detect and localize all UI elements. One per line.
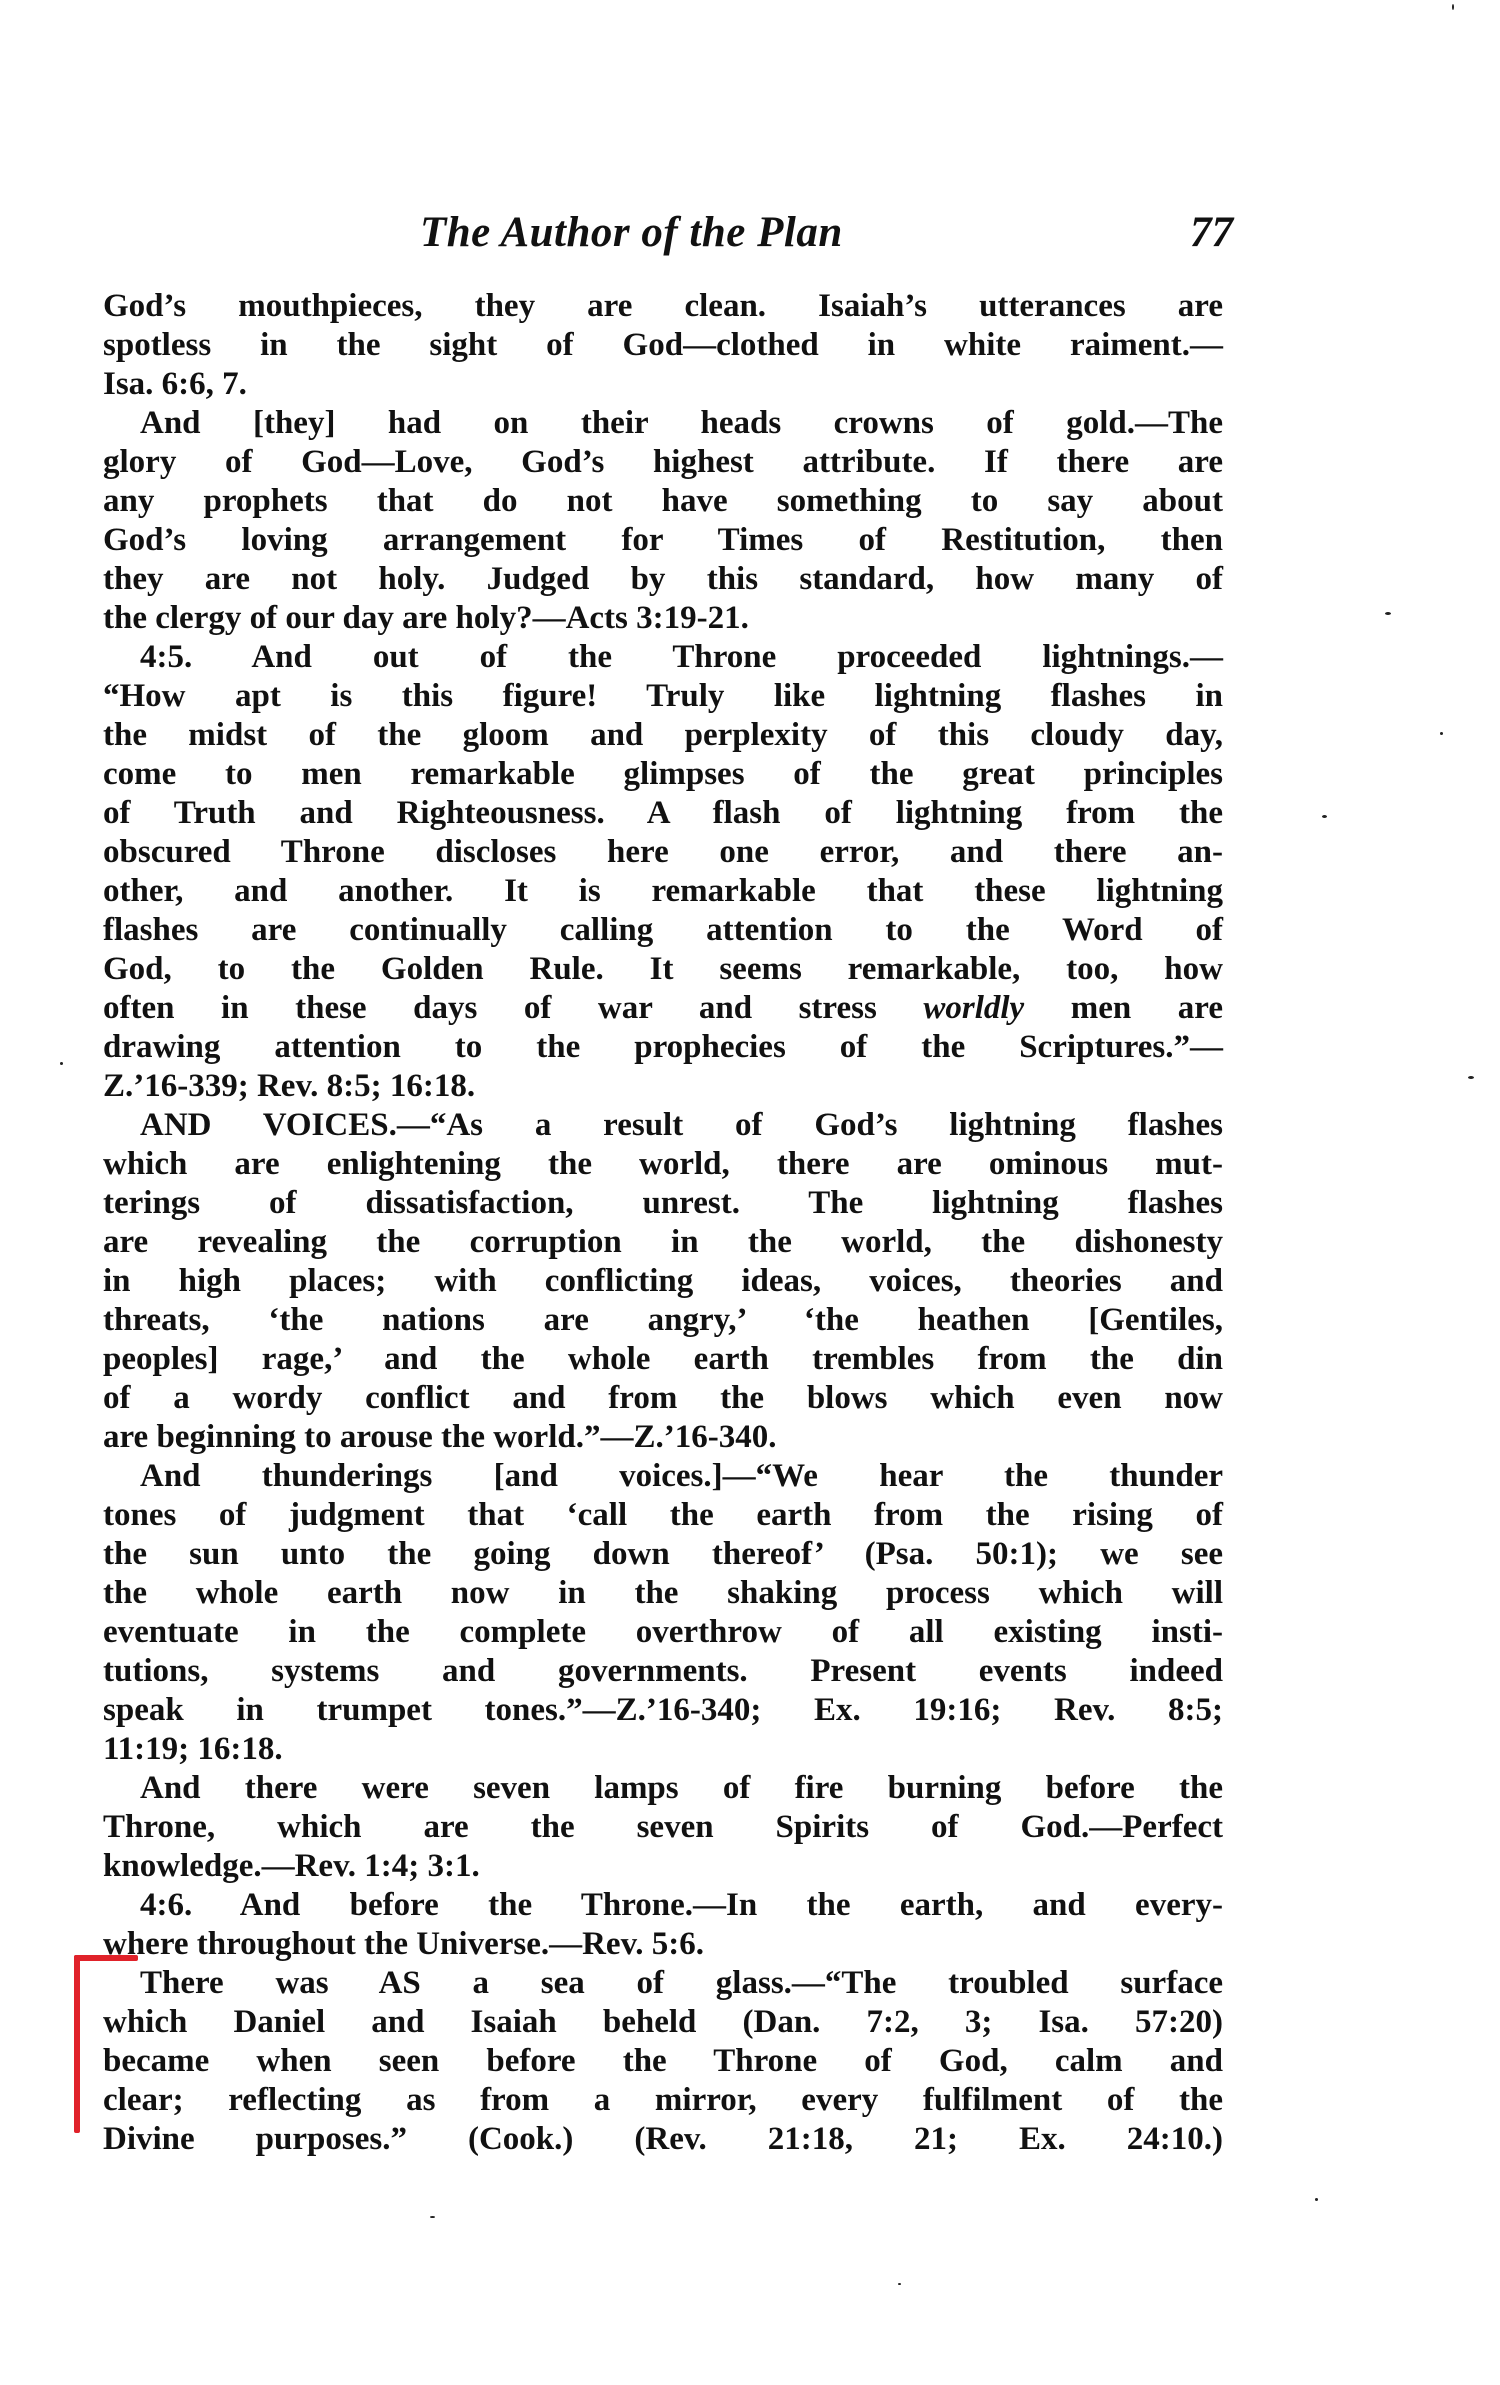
text-line: in high places; with conflicting ideas, … [103, 1262, 1223, 1301]
text-line: became when seen before the Throne of Go… [103, 2042, 1223, 2081]
text-line: God’s loving arrangement for Times of Re… [103, 521, 1223, 560]
text-line: where throughout the Universe.—Rev. 5:6. [103, 1925, 1223, 1964]
text-line: glory of God—Love, God’s highest attribu… [103, 443, 1223, 482]
text-line: And [they] had on their heads crowns of … [103, 404, 1223, 443]
text-line: flashes are continually calling attentio… [103, 911, 1223, 950]
text-line: “How apt is this figure! Truly like ligh… [103, 677, 1223, 716]
text-line: And there were seven lamps of fire burni… [103, 1769, 1223, 1808]
scan-speck [1315, 2198, 1318, 2201]
text-line: are revealing the corruption in the worl… [103, 1223, 1223, 1262]
text-line: 4:5. And out of the Throne proceeded lig… [103, 638, 1223, 677]
text-line: God, to the Golden Rule. It seems remark… [103, 950, 1223, 989]
text-line: of Truth and Righteousness. A flash of l… [103, 794, 1223, 833]
scan-speck [1385, 612, 1391, 615]
text-line: threats, ‘the nations are angry,’ ‘the h… [103, 1301, 1223, 1340]
text-line: tutions, systems and governments. Presen… [103, 1652, 1223, 1691]
text-line: which are enlightening the world, there … [103, 1145, 1223, 1184]
text-line: Isa. 6:6, 7. [103, 365, 1223, 404]
text-line: clear; reflecting as from a mirror, ever… [103, 2081, 1223, 2120]
italic-emphasis: worldly [923, 990, 1024, 1026]
text-line: Divine purposes.” (Cook.) (Rev. 21:18, 2… [103, 2120, 1223, 2159]
text-line: AND VOICES.—“As a result of God’s lightn… [103, 1106, 1223, 1145]
body-text: God’s mouthpieces, they are clean. Isaia… [103, 287, 1223, 2159]
scan-speck [898, 2283, 901, 2285]
text-line: God’s mouthpieces, they are clean. Isaia… [103, 287, 1223, 326]
running-title: The Author of the Plan [420, 208, 843, 257]
text-line: tones of judgment that ‘call the earth f… [103, 1496, 1223, 1535]
text-line: which Daniel and Isaiah beheld (Dan. 7:2… [103, 2003, 1223, 2042]
scan-speck [1440, 732, 1443, 735]
red-margin-bracket-vertical [74, 1955, 80, 2133]
text-line: are beginning to arouse the world.”—Z.’1… [103, 1418, 1223, 1457]
text-line: other, and another. It is remarkable tha… [103, 872, 1223, 911]
text-line: eventuate in the complete overthrow of a… [103, 1613, 1223, 1652]
text-line: And thunderings [and voices.]—“We hear t… [103, 1457, 1223, 1496]
text-segment: often in these days of war and stress [103, 990, 923, 1026]
text-line: obscured Throne discloses here one error… [103, 833, 1223, 872]
text-line: speak in trumpet tones.”—Z.’16-340; Ex. … [103, 1691, 1223, 1730]
text-line: the sun unto the going down thereof’ (Ps… [103, 1535, 1223, 1574]
text-line: Z.’16-339; Rev. 8:5; 16:18. [103, 1067, 1223, 1106]
text-line: peoples] rage,’ and the whole earth trem… [103, 1340, 1223, 1379]
text-line: of a wordy conflict and from the blows w… [103, 1379, 1223, 1418]
text-line: There was AS a sea of glass.—“The troubl… [103, 1964, 1223, 2003]
running-head: The Author of the Plan 77 [0, 208, 1500, 268]
text-line: any prophets that do not have something … [103, 482, 1223, 521]
text-segment: men are [1024, 990, 1223, 1026]
text-line: drawing attention to the prophecies of t… [103, 1028, 1223, 1067]
text-line: often in these days of war and stress wo… [103, 989, 1223, 1028]
scan-speck [430, 2216, 435, 2218]
text-line: spotless in the sight of God—clothed in … [103, 326, 1223, 365]
page-number: 77 [1190, 208, 1233, 257]
text-line: knowledge.—Rev. 1:4; 3:1. [103, 1847, 1223, 1886]
scan-speck [1468, 1076, 1474, 1079]
text-line: terings of dissatisfaction, unrest. The … [103, 1184, 1223, 1223]
scan-speck [60, 1062, 63, 1065]
scan-speck [1322, 815, 1327, 818]
text-line: they are not holy. Judged by this standa… [103, 560, 1223, 599]
text-line: 11:19; 16:18. [103, 1730, 1223, 1769]
book-page: The Author of the Plan 77 God’s mouthpie… [0, 0, 1500, 2385]
text-line: Throne, which are the seven Spirits of G… [103, 1808, 1223, 1847]
text-line: the whole earth now in the shaking proce… [103, 1574, 1223, 1613]
text-line: the clergy of our day are holy?—Acts 3:1… [103, 599, 1223, 638]
text-line: 4:6. And before the Throne.—In the earth… [103, 1886, 1223, 1925]
text-line: come to men remarkable glimpses of the g… [103, 755, 1223, 794]
text-line: the midst of the gloom and perplexity of… [103, 716, 1223, 755]
scan-speck [1452, 4, 1454, 10]
